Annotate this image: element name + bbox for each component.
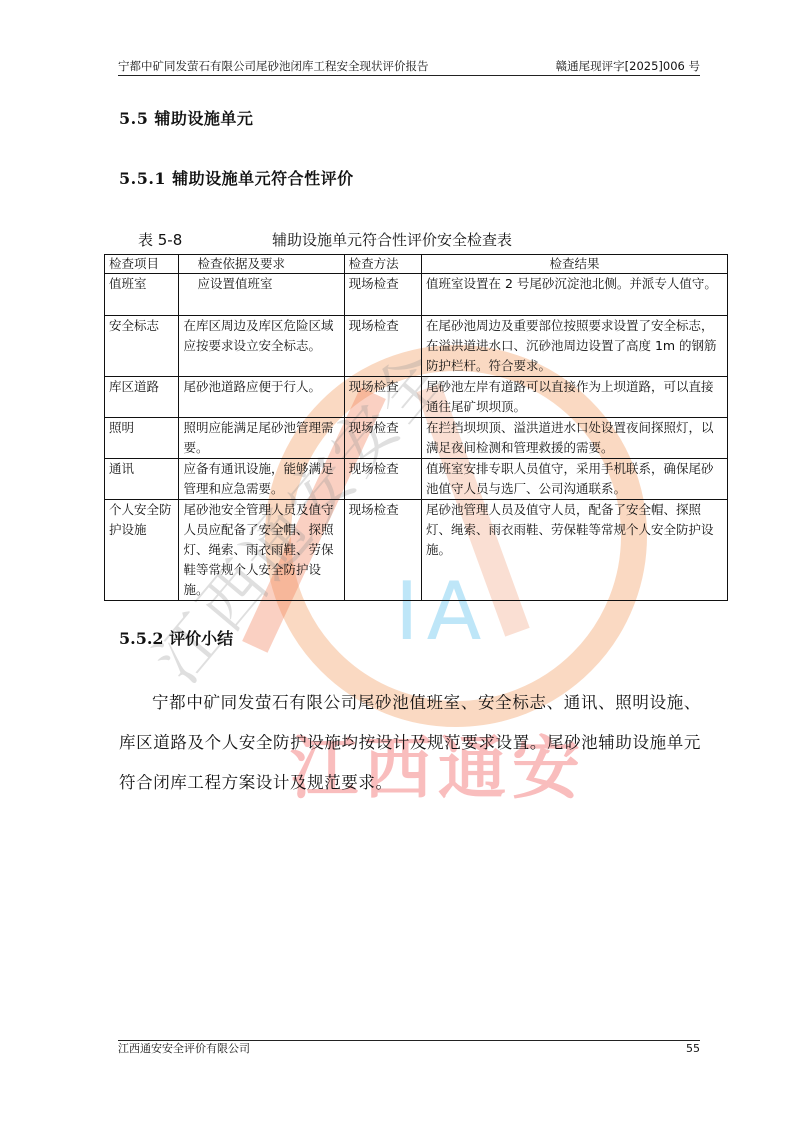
cell-result: 值班室设置在 2 号尾砂沉淀池北侧。并派专人值守。 — [421, 274, 727, 316]
table-row: 个人安全防护设施 尾砂池安全管理人员及值守人员应配备了安全帽、探照灯、绳索、雨衣… — [105, 500, 728, 601]
table-caption: 表 5-8 辅助设施单元符合性评价安全检查表 — [138, 229, 598, 250]
section-heading-5-5-2: 5.5.2 评价小结 — [119, 626, 233, 649]
table-row: 库区道路 尾砂池道路应便于行人。 现场检查 尾砂池左岸有道路可以直接作为上坝道路… — [105, 377, 728, 418]
cell-item: 通讯 — [105, 459, 179, 500]
cell-item: 个人安全防护设施 — [105, 500, 179, 601]
cell-method: 现场检查 — [344, 377, 421, 418]
cell-item: 安全标志 — [105, 316, 179, 377]
cell-item: 值班室 — [105, 274, 179, 316]
cell-basis: 尾砂池安全管理人员及值守人员应配备了安全帽、探照灯、绳索、雨衣雨鞋、劳保鞋等常规… — [179, 500, 344, 601]
report-title: 宁都中矿同发萤石有限公司尾砂池闭库工程安全现状评价报告 — [118, 57, 429, 75]
cell-item: 库区道路 — [105, 377, 179, 418]
table-row: 通讯 应备有通讯设施，能够满足管理和应急需要。 现场检查 值班室安排专职人员值守… — [105, 459, 728, 500]
cell-result: 在拦挡坝坝顶、溢洪道进水口处设置夜间探照灯，以满足夜间检测和管理救援的需要。 — [421, 418, 727, 459]
page-header: 宁都中矿同发萤石有限公司尾砂池闭库工程安全现状评价报告 赣通尾现评字[2025]… — [118, 57, 700, 76]
footer-company: 江西通安安全评价有限公司 — [118, 1041, 250, 1057]
table-row: 值班室 应设置值班室 现场检查 值班室设置在 2 号尾砂沉淀池北侧。并派专人值守… — [105, 274, 728, 316]
cell-basis: 尾砂池道路应便于行人。 — [179, 377, 344, 418]
col-header-item: 检查项目 — [105, 255, 179, 274]
cell-basis: 照明应能满足尾砂池管理需要。 — [179, 418, 344, 459]
cell-basis: 应备有通讯设施，能够满足管理和应急需要。 — [179, 459, 344, 500]
col-header-method: 检查方法 — [344, 255, 421, 274]
table-header-row: 检查项目 检查依据及要求 检查方法 检查结果 — [105, 255, 728, 274]
cell-method: 现场检查 — [344, 274, 421, 316]
cell-item: 照明 — [105, 418, 179, 459]
summary-paragraph: 宁都中矿同发萤石有限公司尾砂池值班室、安全标志、通讯、照明设施、库区道路及个人安… — [119, 683, 701, 803]
cell-method: 现场检查 — [344, 500, 421, 601]
table-title: 辅助设施单元符合性评价安全检查表 — [272, 229, 512, 250]
section-heading-5-5: 5.5 辅助设施单元 — [119, 106, 253, 129]
cell-result: 尾砂池管理人员及值守人员，配备了安全帽、探照灯、绳索、雨衣雨鞋、劳保鞋等常规个人… — [421, 500, 727, 601]
safety-check-table: 检查项目 检查依据及要求 检查方法 检查结果 值班室 应设置值班室 现场检查 值… — [104, 254, 728, 601]
table-number: 表 5-8 — [138, 229, 272, 250]
col-header-basis: 检查依据及要求 — [179, 255, 344, 274]
report-number: 赣通尾现评字[2025]006 号 — [556, 57, 700, 75]
cell-result: 在尾砂池周边及重要部位按照要求设置了安全标志，在溢洪道进水口、沉砂池周边设置了高… — [421, 316, 727, 377]
cell-method: 现场检查 — [344, 316, 421, 377]
cell-method: 现场检查 — [344, 459, 421, 500]
page-number: 55 — [686, 1041, 700, 1057]
cell-basis: 在库区周边及库区危险区域应按要求设立安全标志。 — [179, 316, 344, 377]
page-footer: 江西通安安全评价有限公司 55 — [118, 1040, 700, 1057]
col-header-result: 检查结果 — [421, 255, 727, 274]
table-row: 照明 照明应能满足尾砂池管理需要。 现场检查 在拦挡坝坝顶、溢洪道进水口处设置夜… — [105, 418, 728, 459]
cell-basis: 应设置值班室 — [179, 274, 344, 316]
cell-result: 值班室安排专职人员值守，采用手机联系，确保尾砂池值守人员与选厂、公司沟通联系。 — [421, 459, 727, 500]
table-row: 安全标志 在库区周边及库区危险区域应按要求设立安全标志。 现场检查 在尾砂池周边… — [105, 316, 728, 377]
cell-result: 尾砂池左岸有道路可以直接作为上坝道路，可以直接通往尾矿坝坝顶。 — [421, 377, 727, 418]
cell-method: 现场检查 — [344, 418, 421, 459]
section-heading-5-5-1: 5.5.1 辅助设施单元符合性评价 — [119, 166, 354, 189]
